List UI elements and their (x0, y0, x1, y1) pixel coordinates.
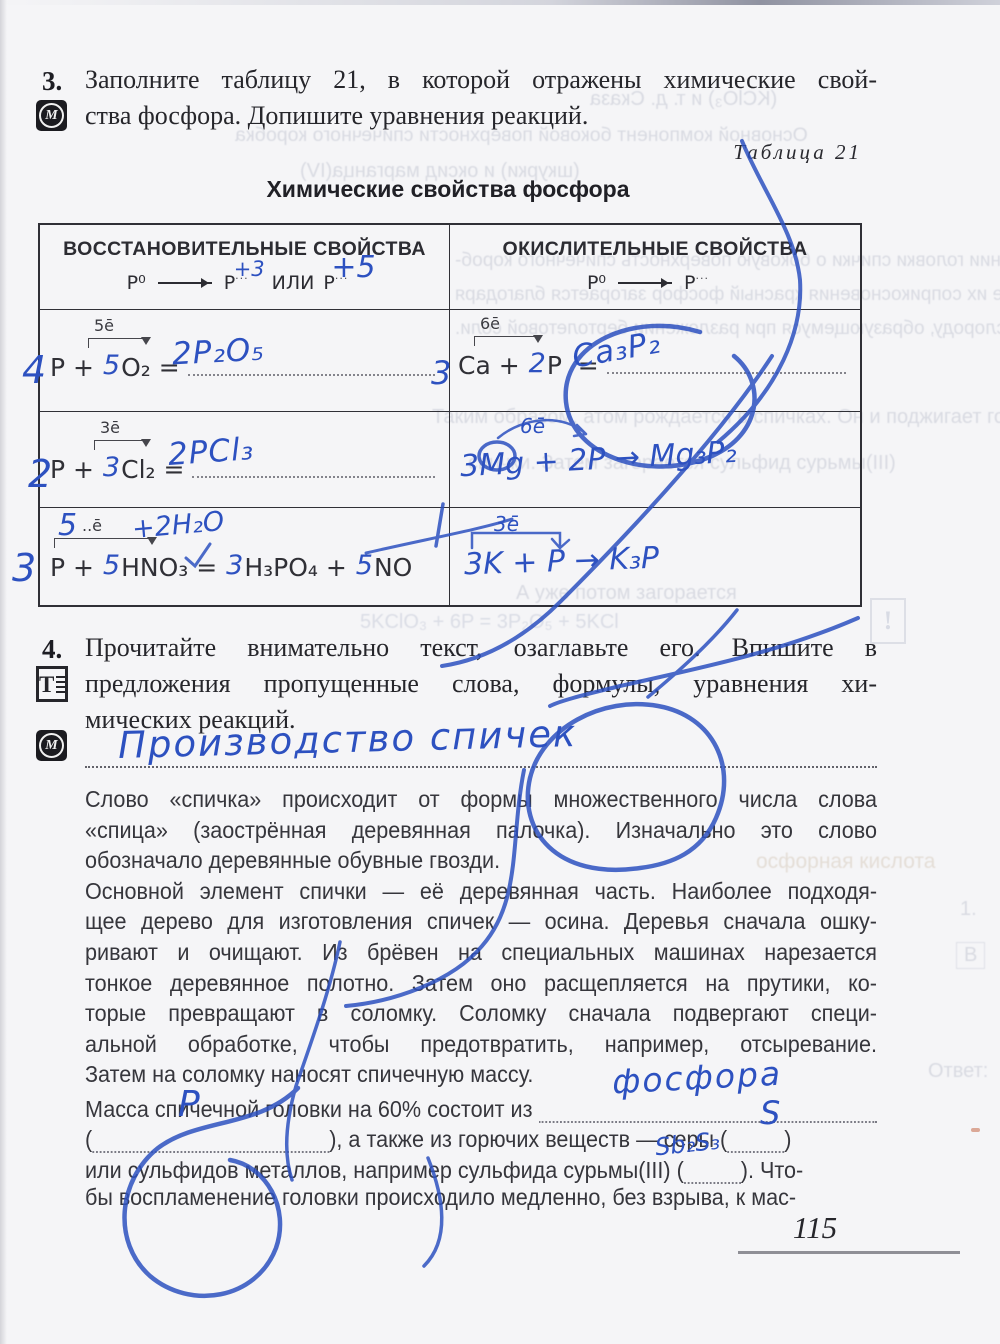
handwritten-answer: 2PCl₃ (167, 431, 255, 473)
fill-in-blank (92, 1127, 329, 1153)
table-cell-r1-right: 6ē Ca + 2P = Ca₃P₂ (450, 310, 860, 412)
scheme-p0: P⁰ (587, 272, 606, 294)
m-badge-letter: М (39, 733, 64, 758)
printed-formula: HNO₃ (121, 553, 196, 582)
workbook-page: (KClO₃) и т. д. Сказа Основной компонент… (0, 0, 1000, 1344)
handwritten-plus3: +3 (234, 257, 265, 281)
passage-line: Основной элемент спички — её деревянная … (85, 878, 877, 909)
passage-text: Масса спичечной головки на 60% состоит и… (85, 1096, 538, 1123)
passage-line: щее дерево для изготовления спичек — оси… (85, 908, 877, 939)
m-badge-icon: М (36, 730, 67, 761)
handwritten-coefficient: 3 (226, 550, 243, 581)
table-header-left: ВОССТАНОВИТЕЛЬНЫЕ СВОЙСТВА P⁰ P··· +3 ИЛ… (40, 225, 450, 310)
title-dotted-line (85, 766, 877, 768)
electron-bracket (474, 336, 539, 346)
printed-formula: H₃PO₄ + (244, 553, 354, 582)
exclamation-glyph: ! (884, 606, 893, 636)
task4-line2: предложения пропущенные слова, формулы, … (85, 666, 877, 702)
handwritten-margin-coefficient: 3 (431, 354, 451, 392)
handwritten-electron-count: 5 (58, 508, 77, 543)
handwritten-electron-label: 3ē (494, 512, 519, 536)
fill-in-blank (684, 1158, 741, 1184)
text-badge-lines (56, 676, 65, 693)
task3-line2: ства фосфора. Допишите уравнения реакций… (85, 98, 877, 134)
table-cell-r3-left: 5 ..ē +2H₂O P + 5HNO₃ = 3H₃PO₄ + 5NO (40, 508, 450, 605)
passage-line: тонкое деревянное полотно. Затем оно рас… (85, 970, 877, 1001)
handwritten-coefficient: 3 (103, 452, 120, 483)
bleedthrough-line: 1. (960, 898, 977, 921)
handwritten-formula-s: S (760, 1094, 780, 1132)
handwritten-coefficient: 5 (103, 350, 120, 381)
fill-in-blank (538, 1097, 877, 1123)
m-badge-icon: М (36, 100, 67, 131)
arrow-icon (618, 282, 672, 284)
handwritten-margin-coefficient: 2 (28, 452, 52, 496)
electron-label: ..ē (82, 516, 102, 535)
table-header-right: ОКИСЛИТЕЛЬНЫЕ СВОЙСТВА P⁰ P··· (450, 225, 860, 310)
header-left-scheme: P⁰ P··· +3 ИЛИ P··· +5 (127, 272, 363, 294)
arrow-icon (158, 282, 212, 284)
scheme-or: ИЛИ (272, 272, 315, 294)
passage-line: бы воспламенение головки происходило мед… (85, 1184, 877, 1215)
electron-bracket (94, 440, 147, 450)
scan-edge-shadow (0, 0, 7, 1344)
electron-bracket (88, 338, 147, 348)
printed-formula: P + (50, 553, 102, 582)
printed-formula: P + (50, 353, 102, 382)
passage-line-blank: Масса спичечной головки на 60% состоит и… (85, 1092, 877, 1123)
scan-speck (971, 1128, 980, 1132)
table-cell-r2-left: 3ē P + 3Cl₂ = 2PCl₃ (40, 412, 450, 508)
m-badge-letter: М (39, 103, 64, 128)
equation-r3l: P + 5HNO₃ = 3H₃PO₄ + 5NO (50, 552, 412, 583)
printed-formula: P + (50, 455, 102, 484)
scheme-p-minus3: P··· (684, 272, 723, 294)
text-badge-icon: Т (36, 666, 68, 702)
handwritten-electron-label: 6ē (520, 414, 545, 438)
handwritten-coefficient: 2 (529, 348, 546, 379)
passage-line-blank: ( ), а также из горючих веществ — серы (… (85, 1123, 877, 1154)
table-title: Химические свойства фосфора (38, 176, 858, 203)
scan-edge-artifact (0, 0, 1000, 5)
scheme-p-plus5: P··· +5 (323, 272, 362, 294)
task3-text: Заполните таблицу 21, в которой отражены… (85, 62, 877, 134)
passage-text: ( (85, 1126, 92, 1153)
task4-number: 4. (42, 634, 62, 665)
reading-passage: Слово «спичка» происходит от формы множе… (85, 786, 947, 1214)
passage-line: обозначало деревянные обувные гвозди. (85, 847, 877, 878)
handwritten-plus5: +5 (331, 250, 375, 285)
handwritten-margin-coefficient: 3 (12, 546, 36, 590)
handwritten-insert-h2o: +2H₂O (131, 506, 226, 545)
table-caption: Таблица 21 (733, 140, 862, 165)
handwritten-equation: 3Mg + 2P → Mg₃P₂ (459, 435, 737, 484)
task3-number: 3. (42, 66, 62, 97)
scheme-p-plus3: P··· +3 (224, 272, 263, 294)
header-right-label: ОКИСЛИТЕЛЬНЫЕ СВОЙСТВА (503, 238, 808, 261)
scheme-dots: ··· (696, 272, 710, 285)
table-cell-r3-right: 3ē 3K + P → K₃P (450, 508, 860, 605)
text-badge-letter: Т (39, 673, 54, 696)
passage-line: ривают и очищают. Из брёвен на специальн… (85, 939, 877, 970)
passage-line: торые превращают в соломку. Соломку снач… (85, 1000, 877, 1031)
handwritten-formula-p: P (178, 1084, 200, 1125)
task3-line1: Заполните таблицу 21, в которой отражены… (85, 62, 877, 98)
electron-label: 6ē (480, 314, 500, 333)
passage-line: Слово «спичка» происходит от формы множе… (85, 786, 877, 817)
handwritten-margin-coefficient: 4 (22, 348, 46, 392)
passage-text: ) (784, 1126, 791, 1153)
passage-line-blank: или сульфидов металлов, например сульфид… (85, 1153, 877, 1184)
table-cell-r1-left: 5ē P + 5O₂ = 2P₂O₅ (40, 310, 450, 412)
printed-formula: = (196, 553, 225, 582)
page-number-rule (738, 1251, 960, 1254)
table-cell-r2-right: 6ē 3Mg + 2P → Mg₃P₂ (450, 412, 860, 508)
electron-label: 5ē (94, 316, 114, 335)
scheme-p: P (684, 272, 695, 294)
handwritten-coefficient: 5 (356, 550, 373, 581)
chemical-properties-table: ВОССТАНОВИТЕЛЬНЫЕ СВОЙСТВА P⁰ P··· +3 ИЛ… (38, 223, 862, 607)
handwritten-answer: 2P₂O₅ (171, 332, 265, 373)
printed-formula: NO (374, 553, 412, 582)
passage-line: «спица» (заострённая деревянная палочка)… (85, 817, 877, 848)
passage-text: ). Что- (741, 1157, 803, 1184)
printed-formula: O₂ = (121, 353, 180, 382)
printed-formula: Ca + (458, 351, 528, 380)
header-right-scheme: P⁰ P··· (587, 272, 723, 294)
passage-text: или сульфидов металлов, например сульфид… (85, 1157, 684, 1184)
electron-label: 3ē (100, 418, 120, 437)
task4-line1: Прочитайте внимательно текст, озаглавьте… (85, 630, 877, 666)
handwritten-coefficient: 5 (103, 550, 120, 581)
page-number: 115 (770, 1210, 860, 1246)
handwritten-equation: 3K + P → K₃P (463, 541, 659, 583)
scheme-p0: P⁰ (127, 272, 146, 294)
bleedthrough-box: В (956, 942, 985, 969)
